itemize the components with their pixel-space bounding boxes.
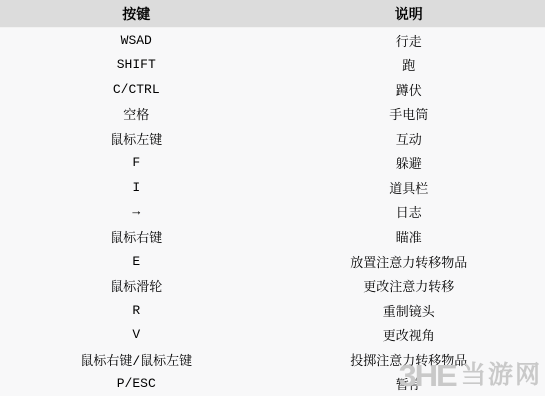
controls-table-page: 按键 说明 WSAD 行走 SHIFT 跑 C/CTRL 蹲伏 空格 手电筒 鼠… bbox=[0, 0, 545, 396]
key-cell: V bbox=[0, 322, 273, 347]
key-cell: C/CTRL bbox=[0, 77, 273, 102]
description-cell: 投掷注意力转移物品 bbox=[273, 347, 545, 372]
key-bindings-table: 按键 说明 WSAD 行走 SHIFT 跑 C/CTRL 蹲伏 空格 手电筒 鼠… bbox=[0, 0, 545, 396]
key-cell: 鼠标滑轮 bbox=[0, 273, 273, 298]
description-cell: 手电筒 bbox=[273, 102, 545, 127]
description-cell: 瞄准 bbox=[273, 224, 545, 249]
key-cell: 空格 bbox=[0, 102, 273, 127]
key-cell: SHIFT bbox=[0, 53, 273, 78]
description-cell: 行走 bbox=[273, 28, 545, 53]
key-cell: 鼠标右键 bbox=[0, 224, 273, 249]
description-cell: 躲避 bbox=[273, 151, 545, 176]
table-row: → 日志 bbox=[0, 200, 545, 225]
description-cell: 互动 bbox=[273, 126, 545, 151]
description-cell: 更改视角 bbox=[273, 322, 545, 347]
header-description-column: 说明 bbox=[273, 0, 545, 27]
table-header-row: 按键 说明 bbox=[0, 0, 545, 28]
key-cell: 鼠标左键 bbox=[0, 126, 273, 151]
description-cell: 蹲伏 bbox=[273, 77, 545, 102]
table-row: 鼠标右键 瞄准 bbox=[0, 224, 545, 249]
table-row: SHIFT 跑 bbox=[0, 53, 545, 78]
table-row: F 躲避 bbox=[0, 151, 545, 176]
description-cell: 重制镜头 bbox=[273, 298, 545, 323]
table-row: 空格 手电筒 bbox=[0, 102, 545, 127]
description-cell: 放置注意力转移物品 bbox=[273, 249, 545, 274]
key-cell: F bbox=[0, 151, 273, 176]
table-row: C/CTRL 蹲伏 bbox=[0, 77, 545, 102]
key-cell: P/ESC bbox=[0, 371, 273, 396]
key-cell: → bbox=[0, 200, 273, 225]
description-cell: 道具栏 bbox=[273, 175, 545, 200]
table-row: 鼠标右键/鼠标左键 投掷注意力转移物品 bbox=[0, 347, 545, 372]
description-cell: 跑 bbox=[273, 53, 545, 78]
table-row: 鼠标左键 互动 bbox=[0, 126, 545, 151]
table-row: V 更改视角 bbox=[0, 322, 545, 347]
table-row: E 放置注意力转移物品 bbox=[0, 249, 545, 274]
description-cell: 暂停 bbox=[273, 371, 545, 396]
table-row: P/ESC 暂停 bbox=[0, 371, 545, 396]
table-row: 鼠标滑轮 更改注意力转移 bbox=[0, 273, 545, 298]
table-row: WSAD 行走 bbox=[0, 28, 545, 53]
key-cell: I bbox=[0, 175, 273, 200]
key-cell: R bbox=[0, 298, 273, 323]
description-cell: 更改注意力转移 bbox=[273, 273, 545, 298]
header-key-column: 按键 bbox=[0, 0, 273, 27]
key-cell: WSAD bbox=[0, 28, 273, 53]
table-row: R 重制镜头 bbox=[0, 298, 545, 323]
key-cell: E bbox=[0, 249, 273, 274]
description-cell: 日志 bbox=[273, 200, 545, 225]
key-cell: 鼠标右键/鼠标左键 bbox=[0, 347, 273, 372]
table-body: WSAD 行走 SHIFT 跑 C/CTRL 蹲伏 空格 手电筒 鼠标左键 互动… bbox=[0, 28, 545, 396]
table-row: I 道具栏 bbox=[0, 175, 545, 200]
